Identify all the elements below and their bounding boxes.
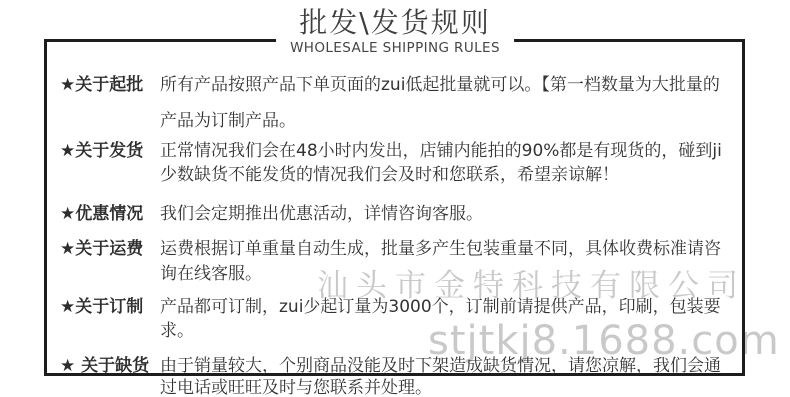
page-title: 批发\发货规则 [290,5,500,41]
rule-label: ★优惠情况 [60,202,160,226]
rule-row-freight: ★关于运费 运费根据订单重量自动生成，批量多产生包装重量不同，具体收费标准请咨 … [60,237,742,287]
rule-text: 产品都可订制，zui少起订量为3000个，订制前请提供产品，印刷，包装要求。 [160,295,728,343]
rule-row-out-of-stock: ★ 关于缺货 由于销量较大，个别商品没能及时下架造成缺货情况，请您凉解，我们会通… [60,355,742,397]
rule-text-line: 过电话或旺旺及时与您联系并处理。 [160,377,728,397]
rules-box: ★关于起批 所有产品按照产品下单页面的zui低起批量就可以。【第一档数量为大批量… [44,39,745,376]
page-title-block: 批发\发货规则 WHOLESALE SHIPPING RULES [276,5,514,56]
rule-text-line: 运费根据订单重量自动生成，批量多产生包装重量不同，具体收费标准请咨 [160,237,728,262]
shipping-rules-sheet: 汕头市金特科技有限公司 stjtkj8.1688.com ★关于起批 所有产品按… [0,0,790,397]
rule-label: ★关于起批 [60,67,160,103]
rule-text: 运费根据订单重量自动生成，批量多产生包装重量不同，具体收费标准请咨 询在线客服。 [160,237,728,287]
rule-text-line: 正常情况我们会在48小时内发出，店铺内能拍的90%都是有现货的，碰到ji [160,139,728,163]
rule-row-customization: ★关于订制 产品都可订制，zui少起订量为3000个，订制前请提供产品，印刷，包… [60,295,742,343]
rule-label: ★关于运费 [60,237,160,262]
rule-text-line: 产品都可订制，zui少起订量为3000个，订制前请提供产品，印刷，包装要求。 [160,295,728,343]
rule-row-discounts: ★优惠情况 我们会定期推出优惠活动，详情咨询客服。 [60,202,742,226]
rule-label: ★关于订制 [60,295,160,319]
rule-label: ★ 关于缺货 [60,355,160,377]
rule-row-min-order: ★关于起批 所有产品按照产品下单页面的zui低起批量就可以。【第一档数量为大批量… [60,67,742,139]
rule-text-line: 产品为订制产品。 [160,103,728,139]
rule-text: 我们会定期推出优惠活动，详情咨询客服。 [160,202,728,226]
rule-text-line: 少数缺货不能发货的情况我们会及时和您联系，希望亲谅解！ [160,163,728,187]
rule-label: ★关于发货 [60,139,160,163]
rule-text: 正常情况我们会在48小时内发出，店铺内能拍的90%都是有现货的，碰到ji 少数缺… [160,139,728,187]
rule-text-line: 我们会定期推出优惠活动，详情咨询客服。 [160,202,728,226]
rule-text-line: 询在线客服。 [160,262,728,287]
rule-text: 所有产品按照产品下单页面的zui低起批量就可以。【第一档数量为大批量的 产品为订… [160,67,728,139]
rule-text-line: 所有产品按照产品下单页面的zui低起批量就可以。【第一档数量为大批量的 [160,67,728,103]
page-subtitle: WHOLESALE SHIPPING RULES [290,41,500,56]
rule-row-shipping: ★关于发货 正常情况我们会在48小时内发出，店铺内能拍的90%都是有现货的，碰到… [60,139,742,187]
rule-text-line: 由于销量较大，个别商品没能及时下架造成缺货情况，请您凉解，我们会通 [160,355,728,377]
rule-text: 由于销量较大，个别商品没能及时下架造成缺货情况，请您凉解，我们会通 过电话或旺旺… [160,355,728,397]
